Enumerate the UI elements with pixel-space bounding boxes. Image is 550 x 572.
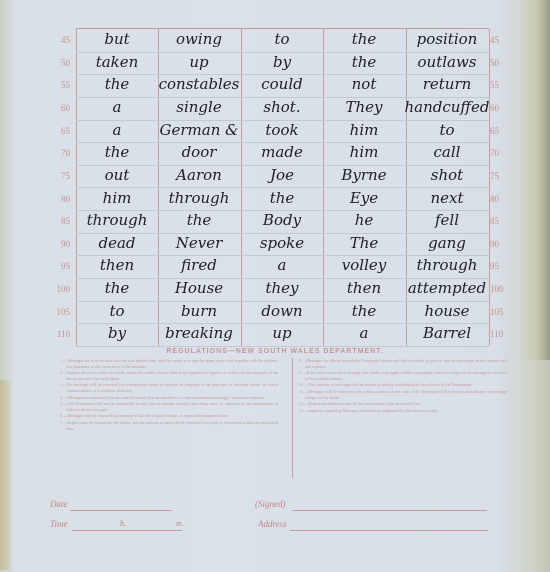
row-number-right: 105	[490, 307, 512, 317]
handwritten-word: Aaron	[176, 166, 222, 184]
message-row: throughtheBodyhefell	[76, 210, 489, 234]
handwritten-word: through	[417, 256, 478, 274]
regulation-paragraph: 1.—Messages are to be written with ink i…	[60, 358, 278, 369]
message-row: asingleshot.Theyhandcuffed	[76, 97, 489, 121]
handwritten-word: House	[175, 279, 223, 297]
handwritten-word: shot	[431, 166, 463, 184]
handwritten-word: owing	[176, 30, 222, 48]
handwritten-word: the	[352, 53, 377, 71]
minute-mark: m.	[176, 519, 184, 528]
regulation-paragraph: 2.—Figures are to be written in words, u…	[60, 370, 278, 381]
handwritten-word: by	[108, 324, 126, 342]
row-number-left: 110	[48, 329, 70, 339]
handwritten-word: Body	[263, 211, 301, 229]
handwritten-word: volley	[342, 256, 386, 274]
time-label: Time	[50, 519, 68, 529]
row-number-left: 105	[48, 307, 70, 317]
handwritten-word: position	[417, 30, 478, 48]
handwritten-word: then	[347, 279, 381, 297]
handwritten-word: fired	[181, 256, 217, 274]
regulation-paragraph: 4.—Messages are transmitted in the order…	[60, 395, 278, 401]
message-row: theconstablescouldnotreturn	[76, 74, 489, 98]
handwritten-word: the	[352, 302, 377, 320]
handwritten-word: a	[278, 256, 287, 274]
handwritten-word: through	[169, 189, 230, 207]
row-number-right: 75	[490, 171, 512, 181]
handwritten-word: the	[105, 143, 130, 161]
row-number-right: 100	[490, 284, 512, 294]
handwritten-word: taken	[96, 53, 139, 71]
message-row: theHousetheythenattempted	[76, 278, 489, 302]
handwritten-word: took	[265, 121, 298, 139]
regulation-paragraph: 13.—Inquiries respecting Messages should…	[299, 408, 507, 414]
row-number-left: 95	[48, 261, 70, 271]
handwritten-word: Byrne	[341, 166, 386, 184]
handwritten-word: house	[425, 302, 470, 320]
paper-edge-stain	[520, 0, 550, 360]
row-number-left: 90	[48, 239, 70, 249]
row-number-left: 100	[48, 284, 70, 294]
handwritten-word: a	[113, 121, 122, 139]
row-number-right: 90	[490, 239, 512, 249]
handwritten-word: next	[430, 189, 463, 207]
row-number-left: 75	[48, 171, 70, 181]
row-number-right: 60	[490, 103, 512, 113]
message-row: himthroughtheEyenext	[76, 188, 489, 212]
row-number-right: 55	[490, 80, 512, 90]
row-number-left: 45	[48, 35, 70, 45]
regulation-paragraph: 11.—Messages will be delivered free with…	[299, 389, 507, 400]
regulation-paragraph: 10.—The contents of messages will be tre…	[299, 382, 507, 388]
handwritten-word: The	[350, 234, 379, 252]
handwritten-word: Never	[176, 234, 223, 252]
handwritten-word: the	[105, 279, 130, 297]
address-label: Address	[258, 519, 287, 529]
row-number-right: 50	[490, 58, 512, 68]
handwritten-word: They	[345, 98, 382, 116]
row-number-right: 70	[490, 148, 512, 158]
handwritten-word: Eye	[350, 189, 378, 207]
handwritten-word: Barrel	[423, 324, 471, 342]
row-number-left: 80	[48, 194, 70, 204]
row-number-left: 55	[48, 80, 70, 90]
regulation-paragraph: 9.—If any error occurs in a message, the…	[299, 370, 507, 381]
handwritten-word: then	[100, 256, 134, 274]
message-row: bybreakingupaBarrel	[76, 323, 489, 347]
message-row: aGerman &tookhimto	[76, 120, 489, 144]
handwritten-word: out	[105, 166, 130, 184]
message-row: deadNeverspokeThegang	[76, 233, 489, 257]
handwritten-word: could	[261, 75, 303, 93]
message-row: takenupbytheoutlaws	[76, 52, 489, 76]
handwritten-word: by	[273, 53, 291, 71]
row-number-left: 60	[48, 103, 70, 113]
row-number-left: 50	[48, 58, 70, 68]
regulation-paragraph: 3.—No message will be received for trans…	[60, 382, 278, 393]
handwritten-word: spoke	[260, 234, 304, 252]
handwritten-word: but	[104, 30, 129, 48]
handwritten-word: a	[113, 98, 122, 116]
handwritten-word: he	[355, 211, 374, 229]
handwritten-word: dead	[98, 234, 135, 252]
message-row: toburndownthehouse	[76, 301, 489, 325]
paper-edge-stain-left	[0, 380, 14, 570]
handwritten-word: outlaws	[418, 53, 477, 71]
handwritten-word: the	[105, 75, 130, 93]
handwritten-word: him	[350, 143, 379, 161]
handwritten-word: the	[270, 189, 295, 207]
row-number-left: 70	[48, 148, 70, 158]
handwritten-word: German &	[160, 121, 239, 139]
regulation-paragraph: 7.—Replies may be prepaid by the sender,…	[60, 420, 278, 431]
handwritten-word: handcuffed	[404, 98, 489, 116]
message-row: outAaronJoeByrneshot	[76, 165, 489, 189]
regulation-paragraph: 12.—Registered addresses may be had on p…	[299, 401, 507, 407]
handwritten-word: to	[109, 302, 124, 320]
handwritten-word: single	[176, 98, 221, 116]
handwritten-word: him	[103, 189, 132, 207]
handwritten-word: they	[265, 279, 298, 297]
date-field-line[interactable]	[70, 510, 172, 511]
row-number-right: 65	[490, 126, 512, 136]
row-number-right: 45	[490, 35, 512, 45]
handwritten-word: to	[274, 30, 289, 48]
handwritten-word: call	[434, 143, 461, 161]
row-number-right: 80	[490, 194, 512, 204]
regulation-paragraph: 6.—Messages may be repeated on payment o…	[60, 413, 278, 419]
row-number-right: 110	[490, 329, 512, 339]
handwritten-word: through	[87, 211, 148, 229]
regulations-title: REGULATIONS—NEW SOUTH WALES DEPARTMENT.	[0, 348, 550, 355]
handwritten-word: him	[350, 121, 379, 139]
handwritten-word: not	[352, 75, 377, 93]
handwritten-word: to	[439, 121, 454, 139]
handwritten-word: made	[261, 143, 303, 161]
regulation-paragraph: 8.—Messages for places beyond the Telegr…	[299, 358, 507, 369]
handwritten-word: up	[272, 324, 291, 342]
handwritten-word: attempted	[408, 279, 486, 297]
handwritten-word: fell	[435, 211, 459, 229]
handwritten-word: gang	[428, 234, 466, 252]
handwritten-word: the	[352, 30, 377, 48]
row-number-left: 85	[48, 216, 70, 226]
handwritten-word: constables	[159, 75, 240, 93]
handwritten-word: down	[261, 302, 302, 320]
handwritten-word: Joe	[270, 166, 294, 184]
date-label: Date	[50, 499, 68, 509]
handwritten-word: door	[182, 143, 217, 161]
message-grid: butowingtothepositiontakenupbytheoutlaws…	[76, 28, 489, 347]
handwritten-word: a	[360, 324, 369, 342]
handwritten-word: breaking	[165, 324, 233, 342]
regulations-left-column: 1.—Messages are to be written with ink i…	[60, 358, 278, 478]
signed-label: (Signed)	[255, 499, 286, 509]
signed-field-line[interactable]	[292, 510, 487, 511]
time-field-line[interactable]	[72, 530, 182, 531]
row-number-right: 85	[490, 216, 512, 226]
handwritten-word: shot.	[263, 98, 300, 116]
grid-border-right	[489, 29, 490, 346]
row-number-right: 95	[490, 261, 512, 271]
handwritten-word: up	[189, 53, 208, 71]
regulations-right-column: 8.—Messages for places beyond the Telegr…	[292, 358, 507, 478]
handwritten-word: the	[187, 211, 212, 229]
address-field-line[interactable]	[290, 530, 488, 531]
handwritten-word: return	[423, 75, 472, 93]
hour-mark: h.	[120, 519, 126, 528]
message-row: thedoormadehimcall	[76, 142, 489, 166]
message-row: thenfiredavolleythrough	[76, 255, 489, 279]
row-number-left: 65	[48, 126, 70, 136]
regulation-paragraph: 5.—The Department will not be responsibl…	[60, 401, 278, 412]
handwritten-word: burn	[181, 302, 217, 320]
message-row: butowingtotheposition	[76, 29, 489, 53]
